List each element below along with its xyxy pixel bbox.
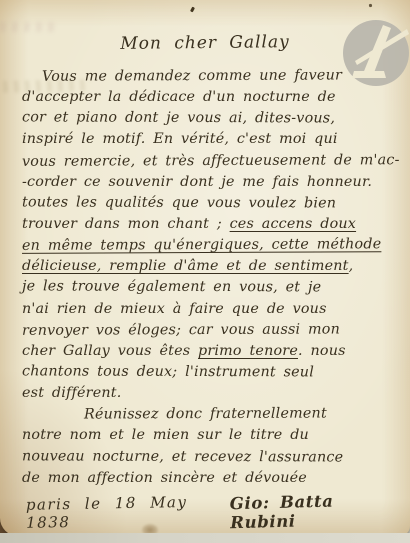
letter-date: paris le 18 May 1838: [26, 492, 231, 532]
letter-line: notre nom et le mien sur le titre du: [22, 427, 396, 448]
letter-line: en même temps qu'énergiques, cette métho…: [22, 236, 396, 259]
letter-text: -corder ce souvenir dont je me fais honn…: [22, 174, 372, 190]
letter-text: renvoyer vos éloges; car vous aussi mon: [22, 321, 340, 338]
ink-speck: [369, 4, 373, 8]
letter-text: . nous: [298, 343, 346, 359]
underlined-phrase: délicieuse, remplie d'âme et de sentimen…: [22, 258, 349, 274]
letter-line: renvoyer vos éloges; car vous aussi mon: [22, 321, 396, 344]
letter-text: cor et piano dont je vous ai, dites-vous…: [22, 110, 335, 127]
letter-line: chantons tous deux; l'instrument seul: [22, 363, 396, 385]
background-surface: [0, 533, 410, 543]
letter-line: n'ai rien de mieux à faire que de vous: [22, 301, 396, 322]
letter-text: toutes les qualités que vous voulez bien: [22, 194, 336, 211]
letter-line: est différent.: [22, 385, 396, 406]
letter-line: nouveau nocturne, et recevez l'assurance: [22, 448, 396, 470]
letter-body: Vous me demandez comme une faveurd'accep…: [22, 68, 396, 491]
letter-line: délicieuse, remplie d'âme et de sentimen…: [22, 258, 396, 279]
underlined-phrase: ces accens doux: [230, 216, 356, 232]
letter-line: toutes les qualités que vous voulez bien: [22, 194, 396, 216]
letter-line: je les trouve également en vous, et je: [22, 279, 396, 301]
letter-line: trouver dans mon chant ; ces accens doux: [22, 216, 396, 237]
letter-text: n'ai rien de mieux à faire que de vous: [22, 301, 327, 317]
letter-text: est différent.: [22, 385, 121, 401]
letter-line: de mon affection sincère et dévouée: [22, 470, 396, 491]
letter-text: chantons tous deux; l'instrument seul: [22, 363, 314, 380]
letter-text: notre nom et le mien sur le titre du: [22, 427, 309, 443]
letter-line: inspiré le motif. En vérité, c'est moi q…: [22, 131, 396, 152]
letter-line: Vous me demandez comme une faveur: [22, 67, 396, 90]
letter-signature: Gio: Batta Rubini: [230, 490, 402, 532]
underlined-phrase: en même temps qu'énergiques, cette métho…: [22, 236, 381, 254]
letter-text: je les trouve également en vous, et je: [22, 279, 321, 296]
letter-line: cher Gallay vous êtes primo tenore. nous: [22, 343, 396, 364]
letter-line: d'accepter la dédicace d'un nocturne de: [22, 89, 396, 110]
letter-text: Vous me demandez comme une faveur: [42, 67, 342, 84]
letter-line: Réunissez donc fraternellement: [22, 405, 396, 428]
letter-text: Réunissez donc fraternellement: [84, 406, 327, 423]
letter-line: -corder ce souvenir dont je me fais honn…: [22, 174, 396, 195]
underlined-phrase: primo tenore: [198, 343, 298, 359]
letter-text: vous remercie, et très affectueusement d…: [22, 152, 400, 170]
letter-page: Mon cher Gallay Vous me demandez comme u…: [0, 0, 410, 536]
letter-text: trouver dans mon chant ;: [22, 216, 230, 232]
letter-line: vous remercie, et très affectueusement d…: [22, 152, 396, 175]
letter-text: inspiré le motif. En vérité, c'est moi q…: [22, 131, 338, 147]
letter-line: cor et piano dont je vous ai, dites-vous…: [22, 110, 396, 132]
ink-bleed-through: [0, 22, 54, 32]
letter-footer: paris le 18 May 1838 Gio: Batta Rubini: [26, 492, 402, 530]
letter-text: ,: [349, 258, 354, 274]
letter-text: nouveau nocturne, et recevez l'assurance: [22, 448, 343, 465]
ink-speck: [190, 7, 195, 13]
scan-background: Mon cher Gallay Vous me demandez comme u…: [0, 0, 410, 543]
letter-text: de mon affection sincère et dévouée: [22, 470, 307, 486]
letter-text: cher Gallay vous êtes: [22, 343, 198, 359]
